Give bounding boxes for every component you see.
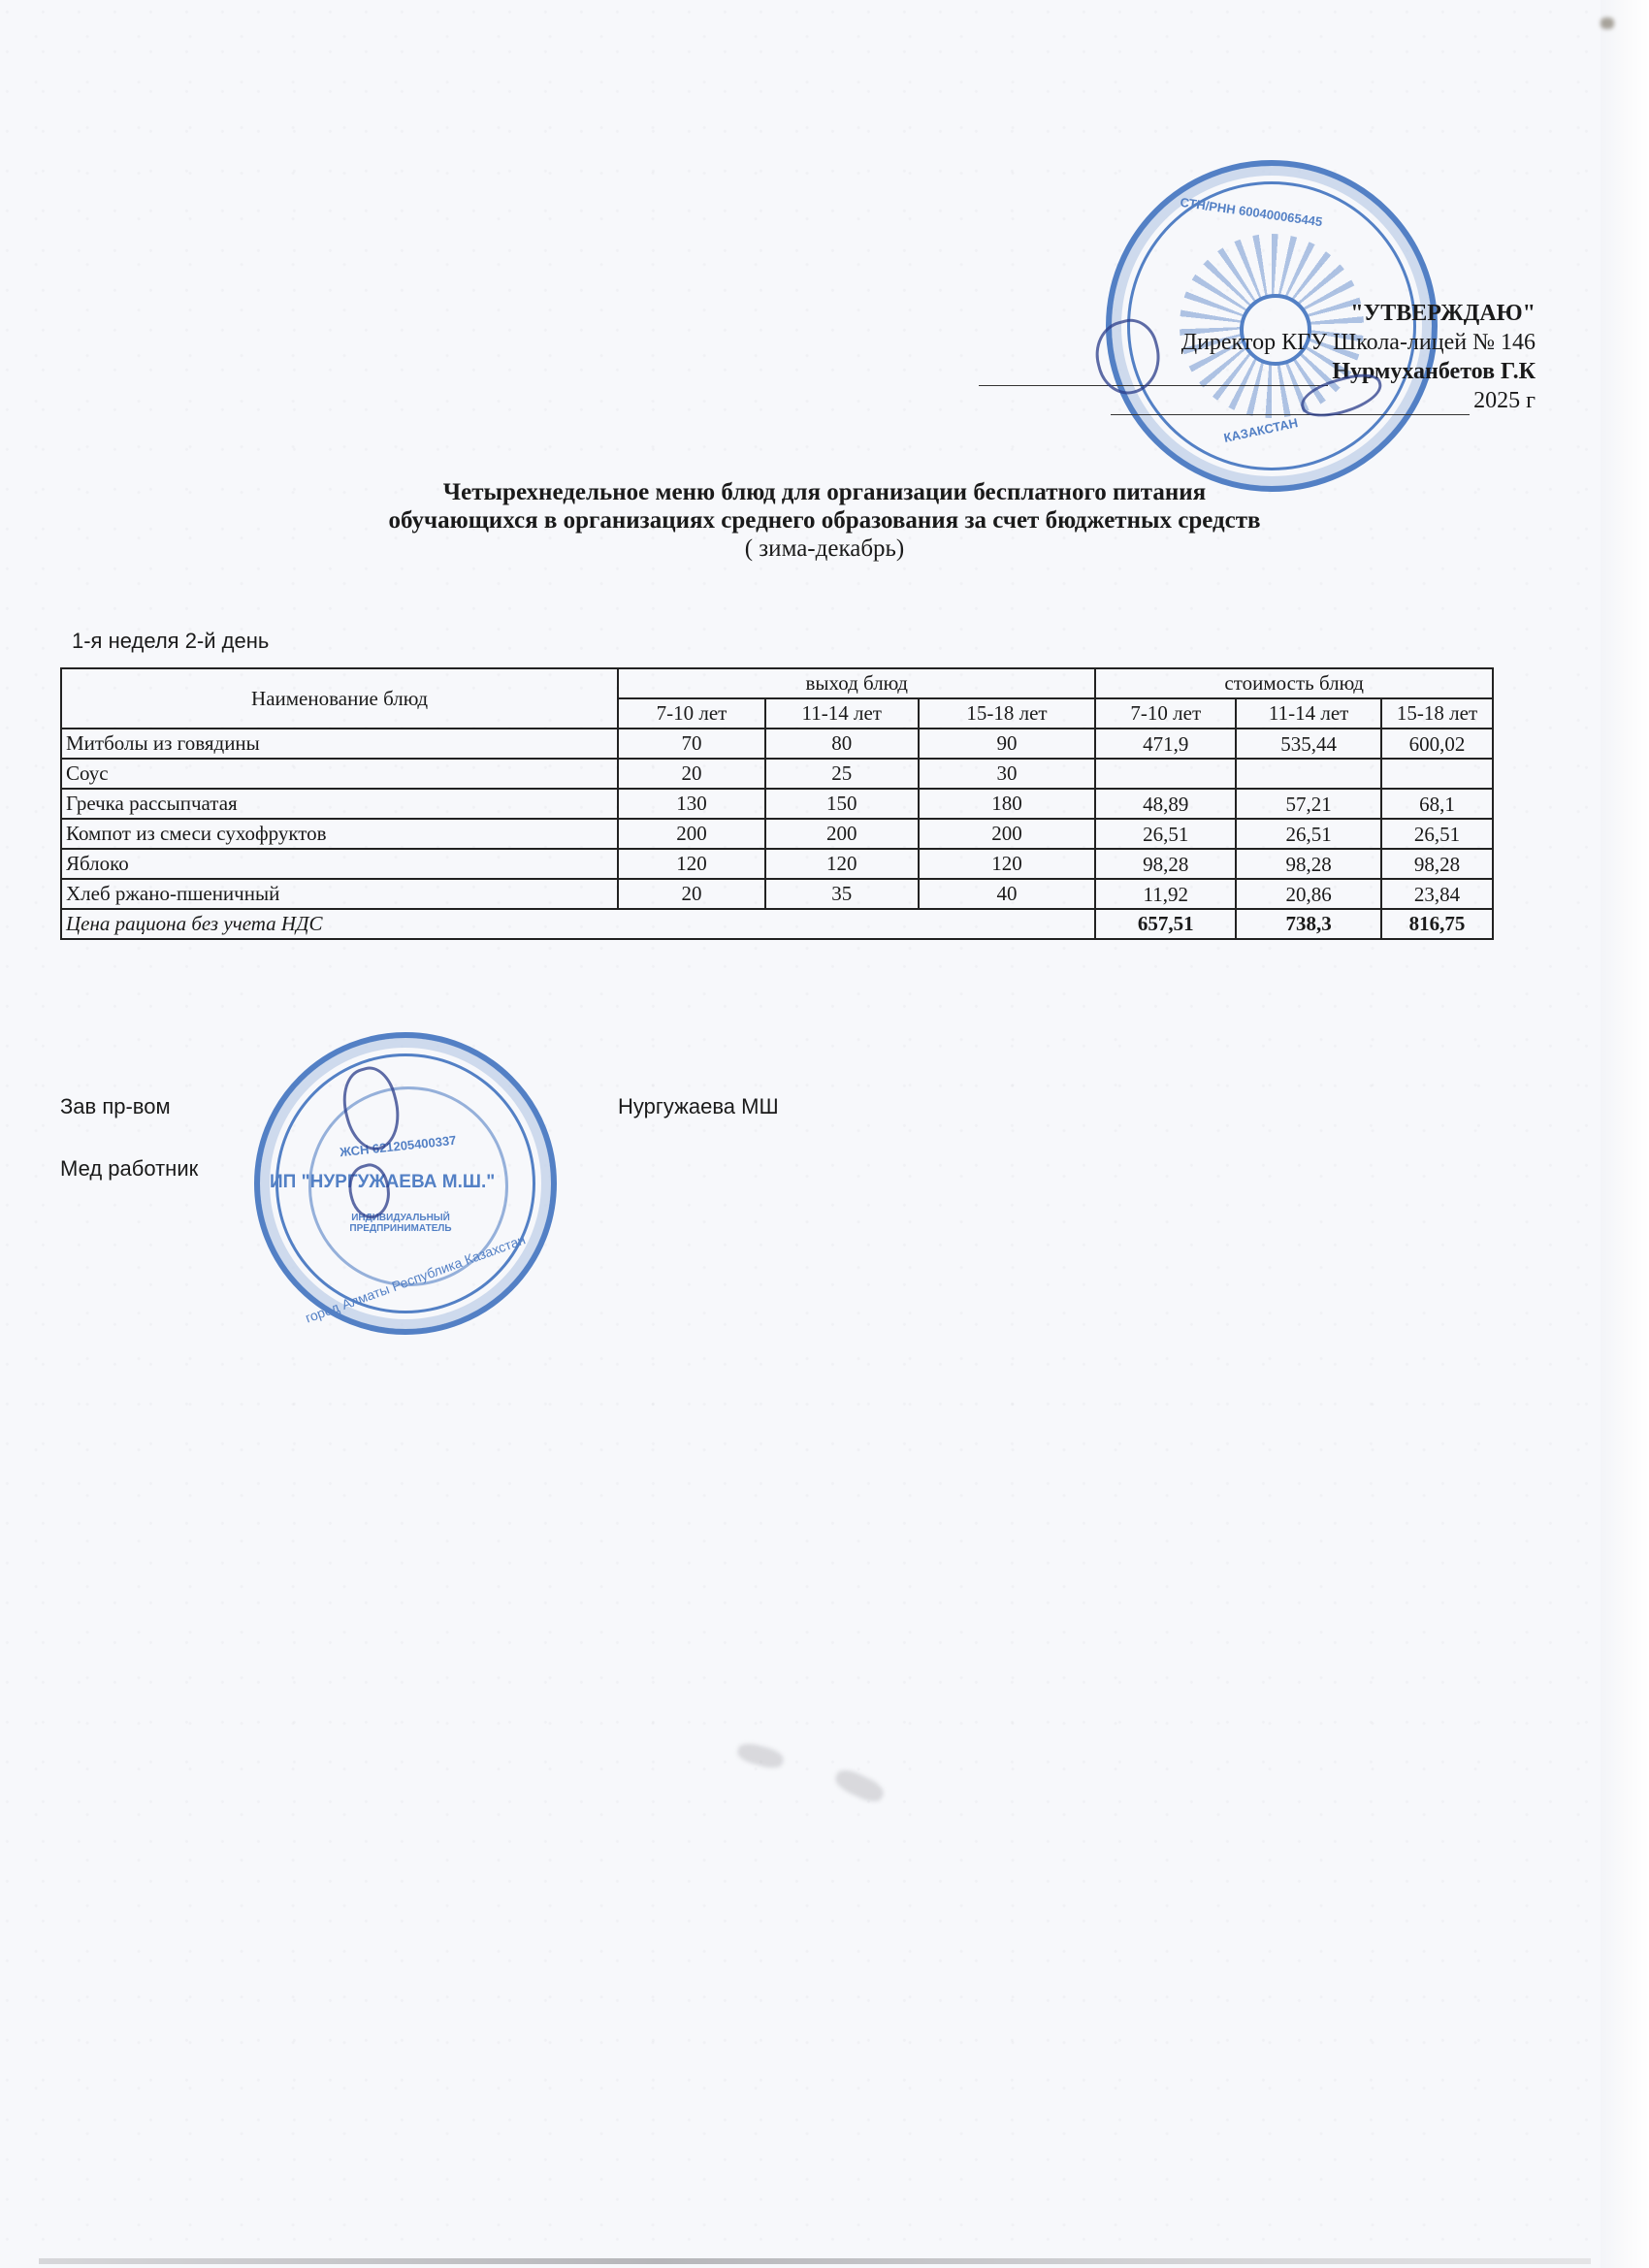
dish-cost: 68,1 [1381, 789, 1493, 819]
menu-table: Наименование блюд выход блюд стоимость б… [60, 667, 1494, 940]
week-day-label: 1-я неделя 2-й день [72, 629, 269, 654]
dish-yield: 120 [765, 849, 919, 879]
dish-cost: 98,28 [1095, 849, 1236, 879]
dish-yield: 120 [618, 849, 765, 879]
scan-bottom-edge [39, 2258, 1591, 2264]
header-yield-age: 15-18 лет [919, 698, 1096, 729]
header-cost-age: 7-10 лет [1095, 698, 1236, 729]
smudge [1600, 17, 1614, 29]
table-row: Яблоко12012012098,2898,2898,28 [61, 849, 1493, 879]
dish-cost: 26,51 [1095, 819, 1236, 849]
approval-position: Директор КГУ Школа-лицей № 146 [979, 328, 1536, 357]
dish-yield: 25 [765, 759, 919, 789]
dish-cost: 23,84 [1381, 879, 1493, 909]
dish-name: Гречка рассыпчатая [61, 789, 618, 819]
total-row: Цена рациона без учета НДС657,51738,3816… [61, 909, 1493, 939]
header-dish-name: Наименование блюд [61, 668, 618, 729]
header-cost-age: 15-18 лет [1381, 698, 1493, 729]
dish-cost [1236, 759, 1381, 789]
table-row: Компот из смеси сухофруктов20020020026,5… [61, 819, 1493, 849]
dish-yield: 70 [618, 729, 765, 759]
smudge [735, 1740, 786, 1771]
total-label: Цена рациона без учета НДС [61, 909, 1095, 939]
approval-date: 2025 г [979, 386, 1536, 415]
table-row: Хлеб ржано-пшеничный20354011,9220,8623,8… [61, 879, 1493, 909]
dish-cost: 600,02 [1381, 729, 1493, 759]
header-cost-group: стоимость блюд [1095, 668, 1493, 698]
date-line [1111, 414, 1470, 415]
dish-yield: 90 [919, 729, 1096, 759]
table-row: Гречка рассыпчатая13015018048,8957,2168,… [61, 789, 1493, 819]
medical-worker-label: Мед работник [60, 1156, 198, 1182]
dish-name: Митболы из говядины [61, 729, 618, 759]
dish-cost: 57,21 [1236, 789, 1381, 819]
header-yield-group: выход блюд [618, 668, 1095, 698]
head-of-production-name: Нургужаева МШ [618, 1094, 779, 1119]
dish-cost: 48,89 [1095, 789, 1236, 819]
stamp-center-text: КАЗАКСТАН [1222, 415, 1299, 445]
head-of-production-label: Зав пр-вом [60, 1094, 171, 1119]
dish-yield: 40 [919, 879, 1096, 909]
document-title: Четырехнедельное меню блюд для организац… [0, 478, 1649, 563]
dish-cost [1381, 759, 1493, 789]
smudge [832, 1766, 887, 1806]
dish-name: Соус [61, 759, 618, 789]
dish-yield: 150 [765, 789, 919, 819]
dish-name: Хлеб ржано-пшеничный [61, 879, 618, 909]
dish-yield: 130 [618, 789, 765, 819]
dish-name: Яблоко [61, 849, 618, 879]
dish-cost: 26,51 [1236, 819, 1381, 849]
dish-yield: 80 [765, 729, 919, 759]
table-row: Соус202530 [61, 759, 1493, 789]
dish-yield: 20 [618, 759, 765, 789]
ip-stamp: ЖСН 621205400337 ИП "НУРГУЖАЕВА М.Ш." ИН… [254, 1032, 557, 1335]
table-row: Митболы из говядины708090471,9535,44600,… [61, 729, 1493, 759]
dish-yield: 200 [618, 819, 765, 849]
dish-cost: 98,28 [1381, 849, 1493, 879]
dish-yield: 35 [765, 879, 919, 909]
approval-signatory: Нурмуханбетов Г.К [979, 357, 1536, 386]
header-yield-age: 7-10 лет [618, 698, 765, 729]
dish-cost: 20,86 [1236, 879, 1381, 909]
dish-yield: 200 [919, 819, 1096, 849]
header-yield-age: 11-14 лет [765, 698, 919, 729]
dish-cost: 471,9 [1095, 729, 1236, 759]
title-season: ( зима-декабрь) [0, 535, 1649, 563]
dish-cost: 26,51 [1381, 819, 1493, 849]
dish-cost: 11,92 [1095, 879, 1236, 909]
ip-stamp-type: ИНДИВИДУАЛЬНЫЙ ПРЕДПРИНИМАТЕЛЬ [328, 1213, 473, 1234]
approval-year: 2025 г [1473, 388, 1536, 413]
total-cost: 738,3 [1236, 909, 1381, 939]
scan-edge [1600, 0, 1649, 2268]
dish-yield: 20 [618, 879, 765, 909]
dish-cost: 98,28 [1236, 849, 1381, 879]
title-line-2: обучающихся в организациях среднего обра… [0, 506, 1649, 535]
header-cost-age: 11-14 лет [1236, 698, 1381, 729]
dish-cost: 535,44 [1236, 729, 1381, 759]
dish-cost [1095, 759, 1236, 789]
approval-block: "УТВЕРЖДАЮ" Директор КГУ Школа-лицей № 1… [979, 299, 1536, 415]
title-line-1: Четырехнедельное меню блюд для организац… [0, 478, 1649, 506]
table-header-row: Наименование блюд выход блюд стоимость б… [61, 668, 1493, 698]
stamp-bin-text: СТН/РНН 600400065445 [1180, 195, 1323, 229]
dish-yield: 120 [919, 849, 1096, 879]
dish-yield: 30 [919, 759, 1096, 789]
dish-yield: 200 [765, 819, 919, 849]
total-cost: 816,75 [1381, 909, 1493, 939]
dish-yield: 180 [919, 789, 1096, 819]
total-cost: 657,51 [1095, 909, 1236, 939]
dish-name: Компот из смеси сухофруктов [61, 819, 618, 849]
approval-heading: "УТВЕРЖДАЮ" [979, 299, 1536, 328]
